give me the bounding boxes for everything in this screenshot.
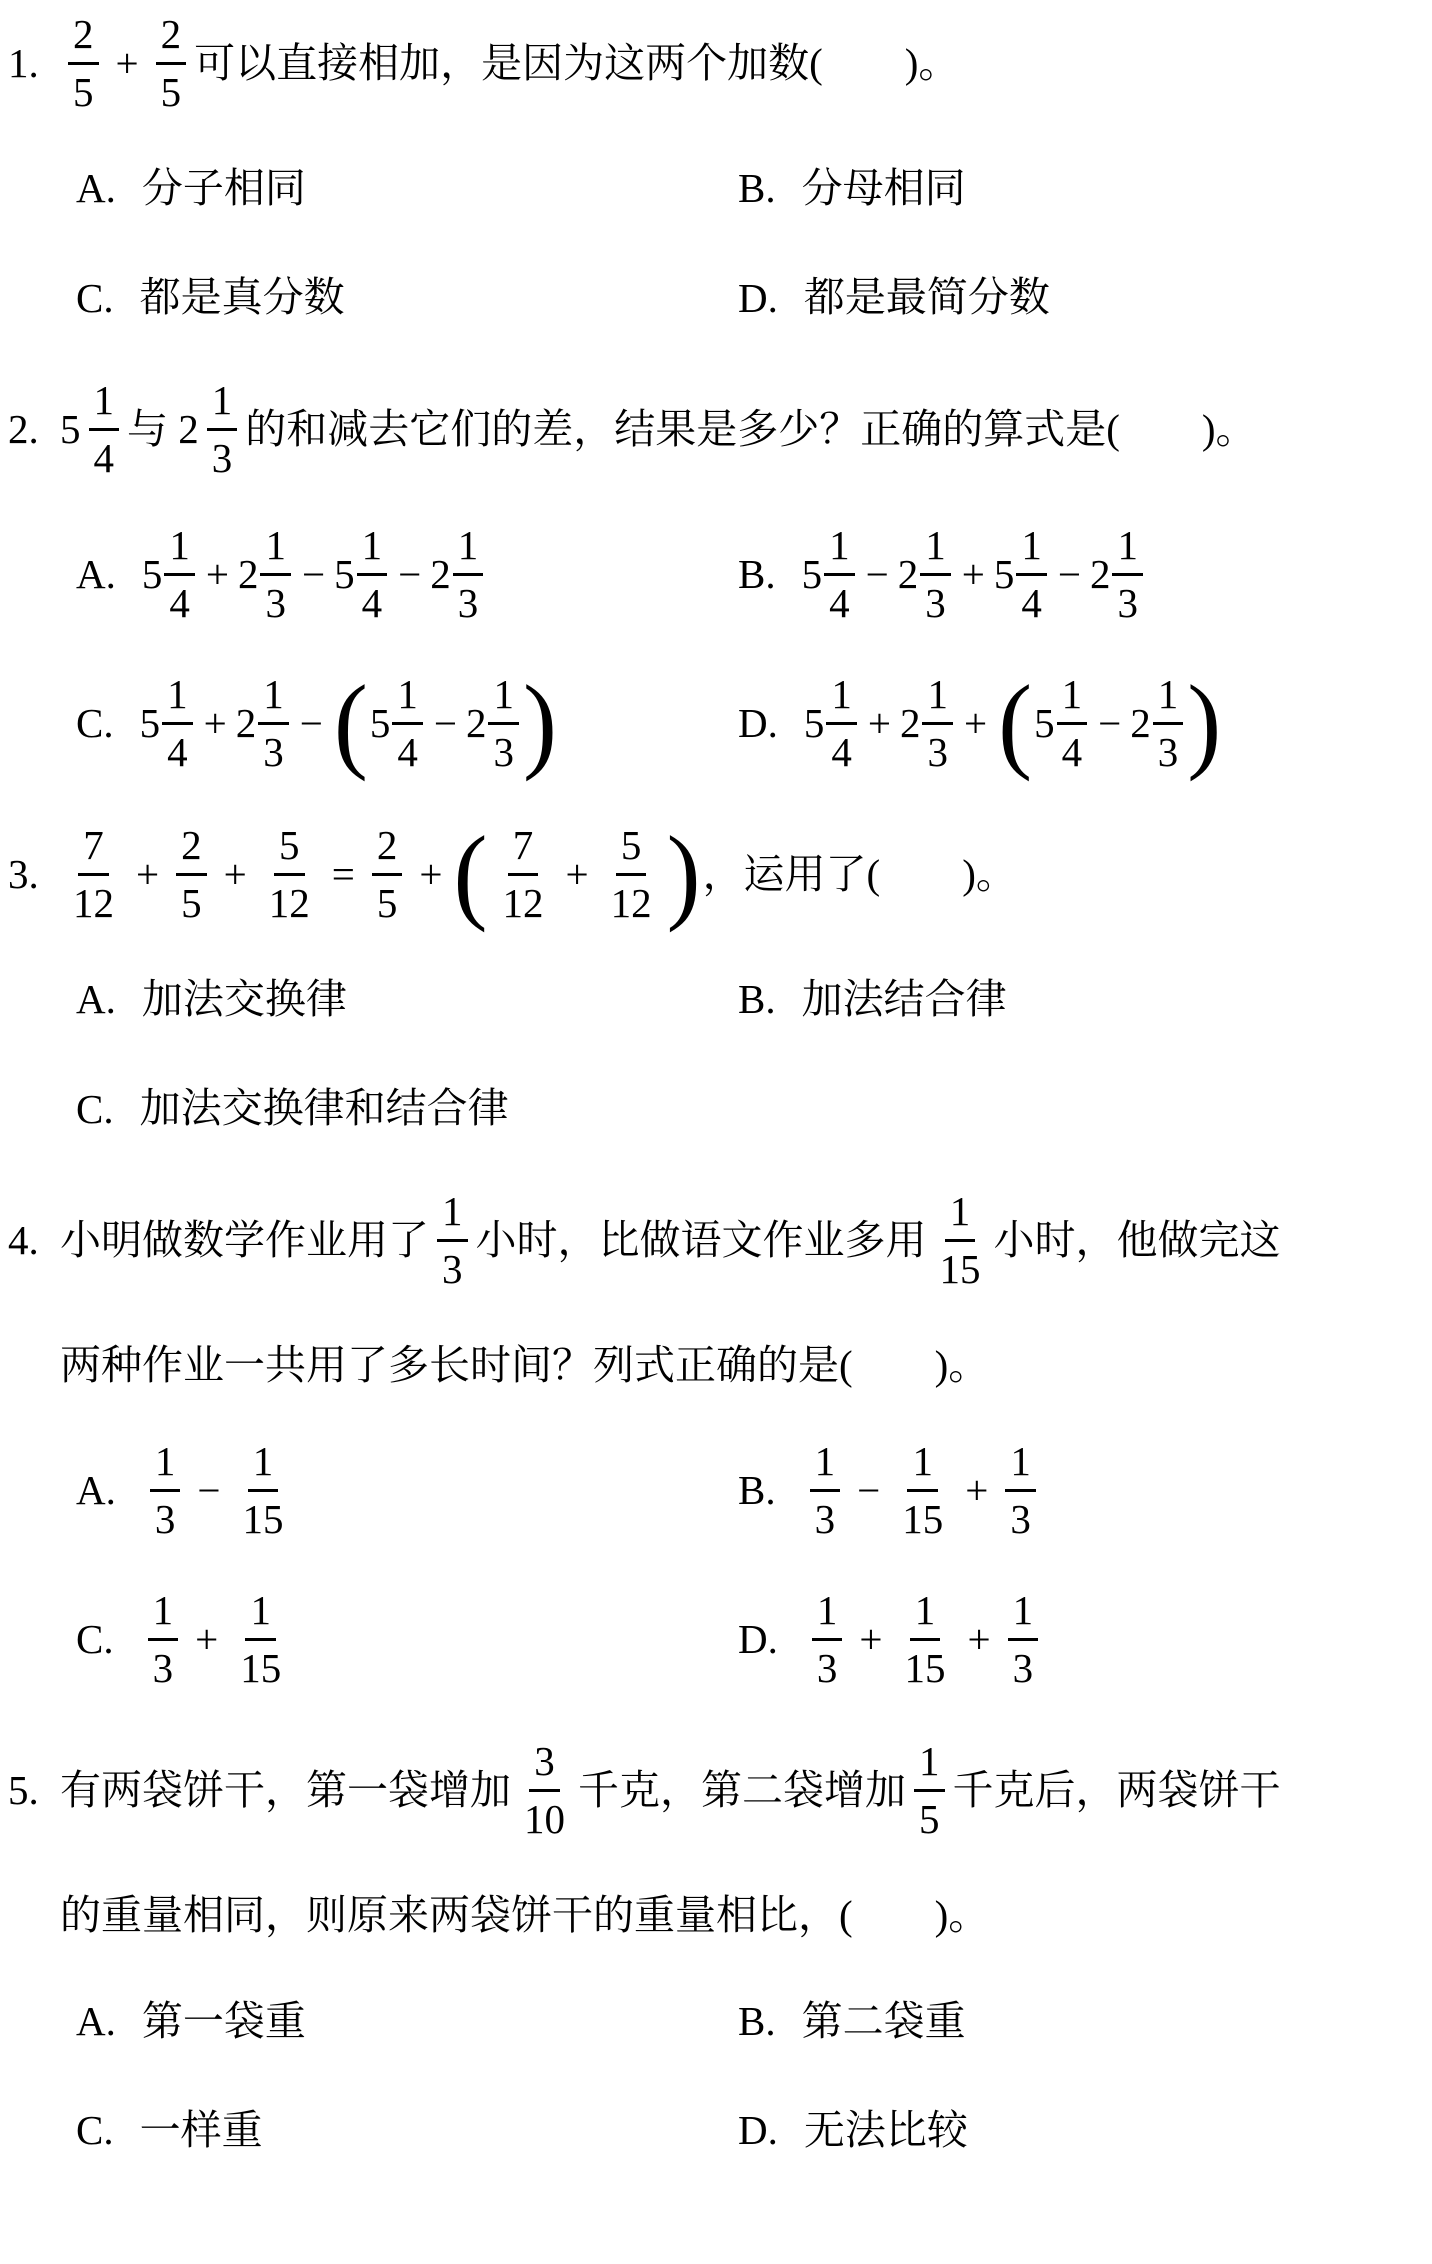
question-2: 2.514与 213的和减去它们的差，结果是多少？正确的算式是( )。A.514… (8, 380, 1422, 773)
operator: + (136, 854, 159, 895)
fraction-denominator: 4 (392, 725, 423, 773)
text-run: 千克后，两袋饼干 (953, 1761, 1281, 1820)
operator: − (857, 1470, 880, 1511)
fraction: 310 (519, 1741, 570, 1840)
fraction-denominator: 5 (156, 65, 187, 113)
option-C: C.都是真分数 (76, 268, 738, 327)
operator: + (224, 854, 247, 895)
options-row: C.都是真分数D.都是最简分数 (8, 268, 1422, 327)
operator: − (300, 703, 323, 744)
fraction-numerator: 1 (1057, 674, 1088, 725)
option-C: C.514+213−(514−213) (76, 674, 738, 773)
whole-number: 5 (370, 703, 391, 744)
mixed-number: 213 (238, 525, 293, 624)
fraction: 25 (68, 14, 99, 113)
mixed-number: 514 (994, 525, 1049, 624)
paren-close: ) (523, 681, 557, 767)
operator: + (565, 854, 588, 895)
paren-open: ( (334, 681, 368, 767)
whole-number: 5 (140, 703, 161, 744)
fraction-numerator: 1 (920, 525, 951, 576)
fraction-numerator: 1 (945, 1191, 976, 1242)
text-run: 一样重 (140, 2101, 263, 2160)
fraction-numerator: 7 (78, 825, 109, 876)
fraction: 13 (453, 525, 484, 624)
option-label: C. (76, 703, 114, 744)
question-stem-line: 的重量相同，则原来两袋饼干的重量相比，( )。 (8, 1886, 1422, 1945)
option-label: A. (76, 2001, 116, 2042)
fraction-denominator: 3 (207, 431, 238, 479)
whole-number: 2 (898, 554, 919, 595)
text-run: 可以直接相加，是因为这两个加数( )。 (194, 34, 959, 93)
fraction-numerator: 3 (529, 1741, 560, 1792)
options-row: C.13+115D.13+115+13 (8, 1590, 1422, 1689)
fraction-denominator: 4 (1016, 576, 1047, 624)
fraction-numerator: 1 (907, 1441, 938, 1492)
operator: + (859, 1619, 882, 1660)
fraction-numerator: 2 (156, 14, 187, 65)
fraction-denominator: 15 (897, 1492, 948, 1540)
fraction-numerator: 1 (922, 674, 953, 725)
option-label: A. (76, 1470, 116, 1511)
fraction-numerator: 1 (826, 674, 857, 725)
option-D: D.13+115+13 (738, 1590, 1400, 1689)
fraction: 115 (235, 1590, 286, 1689)
fraction: 512 (606, 825, 657, 924)
fraction-denominator: 4 (824, 576, 855, 624)
option-B: B.13−115+13 (738, 1441, 1400, 1540)
fraction: 13 (437, 1191, 468, 1290)
mixed-number: 213 (898, 525, 953, 624)
option-label: B. (738, 2001, 776, 2042)
fraction: 13 (1005, 1441, 1036, 1540)
mixed-number: 213 (430, 525, 485, 624)
fraction-denominator: 3 (920, 576, 951, 624)
fraction: 13 (922, 674, 953, 773)
text-run: 的和减去它们的差，结果是多少？正确的算式是( )。 (245, 400, 1256, 459)
fraction: 13 (207, 380, 238, 479)
fraction-numerator: 1 (148, 1590, 179, 1641)
operator: − (434, 703, 457, 744)
whole-number: 2 (466, 703, 487, 744)
fraction-numerator: 1 (1112, 525, 1143, 576)
fraction-denominator: 4 (826, 725, 857, 773)
fraction: 14 (392, 674, 423, 773)
paren-open: ( (998, 681, 1032, 767)
mixed-number: 514 (140, 674, 195, 773)
question-stem-line: 1.25+25可以直接相加，是因为这两个加数( )。 (8, 14, 1422, 113)
whole-number: 5 (334, 554, 355, 595)
fraction-numerator: 1 (453, 525, 484, 576)
fraction-numerator: 1 (812, 1590, 843, 1641)
mixed-number: 213 (1090, 525, 1145, 624)
paren-close: ) (667, 832, 701, 918)
mixed-number: 514 (802, 525, 857, 624)
fraction: 14 (1016, 525, 1047, 624)
mixed-number: 213 (900, 674, 955, 773)
option-label: C. (76, 1619, 114, 1660)
mixed-number: 514 (334, 525, 389, 624)
fraction: 25 (176, 825, 207, 924)
fraction-numerator: 1 (150, 1441, 181, 1492)
text-run: 第一袋重 (142, 1992, 306, 2051)
fraction-numerator: 1 (162, 674, 193, 725)
fraction: 14 (357, 525, 388, 624)
fraction: 14 (824, 525, 855, 624)
fraction: 25 (156, 14, 187, 113)
operator: − (1058, 554, 1081, 595)
fraction-denominator: 15 (935, 1242, 986, 1290)
question-4: 4.小明做数学作业用了13小时，比做语文作业多用115小时，他做完这两种作业一共… (8, 1191, 1422, 1689)
question-number: 4. (8, 1220, 60, 1261)
option-label: B. (738, 1470, 776, 1511)
option-label: C. (76, 278, 114, 319)
operator: − (866, 554, 889, 595)
fraction-numerator: 1 (392, 674, 423, 725)
fraction-denominator: 3 (810, 1492, 841, 1540)
fraction-denominator: 5 (68, 65, 99, 113)
fraction-denominator: 15 (237, 1492, 288, 1540)
whole-number: 5 (804, 703, 825, 744)
mixed-number: 514 (804, 674, 859, 773)
fraction-denominator: 3 (1153, 725, 1184, 773)
fraction: 14 (1057, 674, 1088, 773)
operator: − (1098, 703, 1121, 744)
options-row: C.514+213−(514−213)D.514+213+(514−213) (8, 674, 1422, 773)
text-run: ，运用了( )。 (703, 845, 1017, 904)
fraction-denominator: 3 (437, 1242, 468, 1290)
mixed-number: 213 (466, 674, 521, 773)
option-label: A. (76, 979, 116, 1020)
text-run: 分子相同 (142, 159, 306, 218)
options-row: C.加法交换律和结合律 (8, 1079, 1422, 1138)
option-label: D. (738, 703, 778, 744)
option-D: D.无法比较 (738, 2101, 1400, 2160)
whole-number: 5 (802, 554, 823, 595)
question-stem-line: 两种作业一共用了多长时间？列式正确的是( )。 (8, 1336, 1422, 1395)
whole-number: 2 (236, 703, 257, 744)
fraction: 13 (810, 1441, 841, 1540)
option-B: B.分母相同 (738, 159, 1400, 218)
text-run: 都是最简分数 (804, 268, 1050, 327)
fraction-numerator: 1 (357, 525, 388, 576)
operator: + (195, 1619, 218, 1660)
fraction-numerator: 1 (437, 1191, 468, 1242)
fraction-numerator: 1 (488, 674, 519, 725)
fraction-denominator: 5 (914, 1792, 945, 1840)
fraction-numerator: 1 (164, 525, 195, 576)
question-stem-line: 4.小明做数学作业用了13小时，比做语文作业多用115小时，他做完这 (8, 1191, 1422, 1290)
mixed-number: 213 (236, 674, 291, 773)
option-B: B.加法结合律 (738, 970, 1400, 1029)
option-C: C.加法交换律和结合律 (76, 1079, 738, 1138)
fraction-numerator: 1 (248, 1441, 279, 1492)
mixed-number: 514 (370, 674, 425, 773)
option-label: C. (76, 2110, 114, 2151)
fraction-denominator: 4 (164, 576, 195, 624)
fraction: 115 (935, 1191, 986, 1290)
options-row: A.514+213−514−213B.514−213+514−213 (8, 525, 1422, 624)
fraction-numerator: 2 (68, 14, 99, 65)
option-A: A.514+213−514−213 (76, 525, 738, 624)
question-stem-line: 5.有两袋饼干，第一袋增加310千克，第二袋增加15千克后，两袋饼干 (8, 1741, 1422, 1840)
options-row: A.加法交换律B.加法结合律 (8, 970, 1422, 1029)
operator: + (206, 554, 229, 595)
fraction-denominator: 15 (899, 1641, 950, 1689)
fraction-numerator: 5 (274, 825, 305, 876)
fraction-numerator: 1 (260, 525, 291, 576)
options-row: A.第一袋重B.第二袋重 (8, 1992, 1422, 2051)
whole-number: 2 (900, 703, 921, 744)
mixed-number: 514 (142, 525, 197, 624)
option-A: A.第一袋重 (76, 1992, 738, 2051)
option-label: C. (76, 1089, 114, 1130)
fraction: 14 (89, 380, 120, 479)
mixed-number: 514 (1034, 674, 1089, 773)
fraction-denominator: 12 (68, 876, 119, 924)
operator: + (419, 854, 442, 895)
fraction-denominator: 12 (264, 876, 315, 924)
fraction: 13 (920, 525, 951, 624)
fraction: 13 (258, 674, 289, 773)
fraction-denominator: 4 (1057, 725, 1088, 773)
option-A: A.分子相同 (76, 159, 738, 218)
fraction-numerator: 2 (372, 825, 403, 876)
fraction: 25 (372, 825, 403, 924)
option-label: D. (738, 2110, 778, 2151)
question-5: 5.有两袋饼干，第一袋增加310千克，第二袋增加15千克后，两袋饼干的重量相同，… (8, 1741, 1422, 2160)
fraction-denominator: 3 (922, 725, 953, 773)
options-row: C.一样重D.无法比较 (8, 2101, 1422, 2160)
fraction-numerator: 1 (1008, 1590, 1039, 1641)
text-run: 无法比较 (804, 2101, 968, 2160)
question-number: 1. (8, 43, 60, 84)
option-label: B. (738, 979, 776, 1020)
fraction-denominator: 5 (372, 876, 403, 924)
fraction: 712 (68, 825, 119, 924)
fraction-denominator: 3 (1112, 576, 1143, 624)
fraction: 712 (497, 825, 548, 924)
fraction-denominator: 3 (258, 725, 289, 773)
fraction-numerator: 1 (1005, 1441, 1036, 1492)
fraction: 512 (264, 825, 315, 924)
fraction-numerator: 1 (245, 1590, 276, 1641)
option-B: B.第二袋重 (738, 1992, 1400, 2051)
fraction-numerator: 1 (207, 380, 238, 431)
text-run: 小明做数学作业用了 (60, 1211, 429, 1270)
operator: + (965, 1470, 988, 1511)
option-B: B.514−213+514−213 (738, 525, 1400, 624)
question-number: 2. (8, 409, 60, 450)
text-run: 加法交换律 (142, 970, 347, 1029)
fraction-denominator: 3 (488, 725, 519, 773)
text-run: 与 2 (127, 400, 199, 459)
text-run: 加法结合律 (802, 970, 1007, 1029)
fraction-denominator: 3 (148, 1641, 179, 1689)
whole-number: 5 (1034, 703, 1055, 744)
text-run: 第二袋重 (802, 1992, 966, 2051)
whole-number: 2 (430, 554, 451, 595)
option-label: B. (738, 168, 776, 209)
fraction-numerator: 1 (810, 1441, 841, 1492)
fraction-denominator: 12 (606, 876, 657, 924)
option-label: A. (76, 554, 116, 595)
fraction-denominator: 3 (1008, 1641, 1039, 1689)
fraction-numerator: 1 (89, 380, 120, 431)
text-run: 5 (60, 400, 81, 459)
fraction-denominator: 15 (235, 1641, 286, 1689)
fraction: 115 (899, 1590, 950, 1689)
fraction: 13 (1153, 674, 1184, 773)
fraction-denominator: 3 (260, 576, 291, 624)
fraction: 14 (164, 525, 195, 624)
option-label: B. (738, 554, 776, 595)
operator: + (967, 1619, 990, 1660)
text-run: 加法交换律和结合律 (140, 1079, 509, 1138)
fraction: 13 (1112, 525, 1143, 624)
fraction-denominator: 4 (357, 576, 388, 624)
operator: + (868, 703, 891, 744)
text-run: 千克，第二袋增加 (578, 1761, 906, 1820)
worksheet-page: 1.25+25可以直接相加，是因为这两个加数( )。A.分子相同B.分母相同C.… (0, 0, 1432, 2161)
operator: + (964, 703, 987, 744)
question-1: 1.25+25可以直接相加，是因为这两个加数( )。A.分子相同B.分母相同C.… (8, 14, 1422, 328)
fraction: 13 (260, 525, 291, 624)
option-C: C.13+115 (76, 1590, 738, 1689)
text-run: 的重量相同，则原来两袋饼干的重量相比，( )。 (60, 1886, 989, 1945)
fraction-numerator: 1 (914, 1741, 945, 1792)
fraction: 13 (1008, 1590, 1039, 1689)
fraction-numerator: 1 (258, 674, 289, 725)
fraction: 14 (162, 674, 193, 773)
fraction-denominator: 4 (89, 431, 120, 479)
text-run: 有两袋饼干，第一袋增加 (60, 1761, 511, 1820)
fraction: 14 (826, 674, 857, 773)
option-A: A.加法交换律 (76, 970, 738, 1029)
fraction-denominator: 3 (453, 576, 484, 624)
paren-open: ( (454, 832, 488, 918)
fraction-numerator: 1 (1153, 674, 1184, 725)
operator: = (332, 854, 355, 895)
question-number: 3. (8, 854, 60, 895)
whole-number: 2 (1130, 703, 1151, 744)
fraction-numerator: 7 (508, 825, 539, 876)
options-row: A.分子相同B.分母相同 (8, 159, 1422, 218)
fraction-denominator: 5 (176, 876, 207, 924)
fraction-numerator: 2 (176, 825, 207, 876)
question-stem-line: 3.712+25+512=25+(712+512)，运用了( )。 (8, 825, 1422, 924)
option-label: A. (76, 168, 116, 209)
fraction-numerator: 5 (616, 825, 647, 876)
question-number: 5. (8, 1770, 60, 1811)
fraction-denominator: 3 (150, 1492, 181, 1540)
question-3: 3.712+25+512=25+(712+512)，运用了( )。A.加法交换律… (8, 825, 1422, 1139)
operator: + (204, 703, 227, 744)
operator: − (398, 554, 421, 595)
option-C: C.一样重 (76, 2101, 738, 2160)
operator: + (116, 43, 139, 84)
fraction: 15 (914, 1741, 945, 1840)
operator: + (962, 554, 985, 595)
fraction-denominator: 12 (497, 876, 548, 924)
question-stem-line: 2.514与 213的和减去它们的差，结果是多少？正确的算式是( )。 (8, 380, 1422, 479)
fraction-denominator: 4 (162, 725, 193, 773)
option-label: D. (738, 1619, 778, 1660)
text-run: 小时，他做完这 (994, 1211, 1281, 1270)
whole-number: 5 (142, 554, 163, 595)
fraction-denominator: 10 (519, 1792, 570, 1840)
mixed-number: 213 (1130, 674, 1185, 773)
text-run: 分母相同 (802, 159, 966, 218)
option-label: D. (738, 278, 778, 319)
whole-number: 5 (994, 554, 1015, 595)
text-run: 两种作业一共用了多长时间？列式正确的是( )。 (60, 1336, 989, 1395)
option-A: A.13−115 (76, 1441, 738, 1540)
option-D: D.514+213+(514−213) (738, 674, 1400, 773)
fraction: 13 (488, 674, 519, 773)
fraction: 13 (150, 1441, 181, 1540)
text-run: 都是真分数 (140, 268, 345, 327)
fraction-numerator: 1 (1016, 525, 1047, 576)
operator: − (302, 554, 325, 595)
options-row: A.13−115B.13−115+13 (8, 1441, 1422, 1540)
text-run: 小时，比做语文作业多用 (476, 1211, 927, 1270)
fraction: 13 (148, 1590, 179, 1689)
operator: − (197, 1470, 220, 1511)
fraction-denominator: 3 (812, 1641, 843, 1689)
fraction-numerator: 1 (910, 1590, 941, 1641)
fraction-denominator: 3 (1005, 1492, 1036, 1540)
fraction-numerator: 1 (824, 525, 855, 576)
whole-number: 2 (238, 554, 259, 595)
fraction: 13 (812, 1590, 843, 1689)
fraction: 115 (237, 1441, 288, 1540)
paren-close: ) (1187, 681, 1221, 767)
fraction: 115 (897, 1441, 948, 1540)
option-D: D.都是最简分数 (738, 268, 1400, 327)
whole-number: 2 (1090, 554, 1111, 595)
